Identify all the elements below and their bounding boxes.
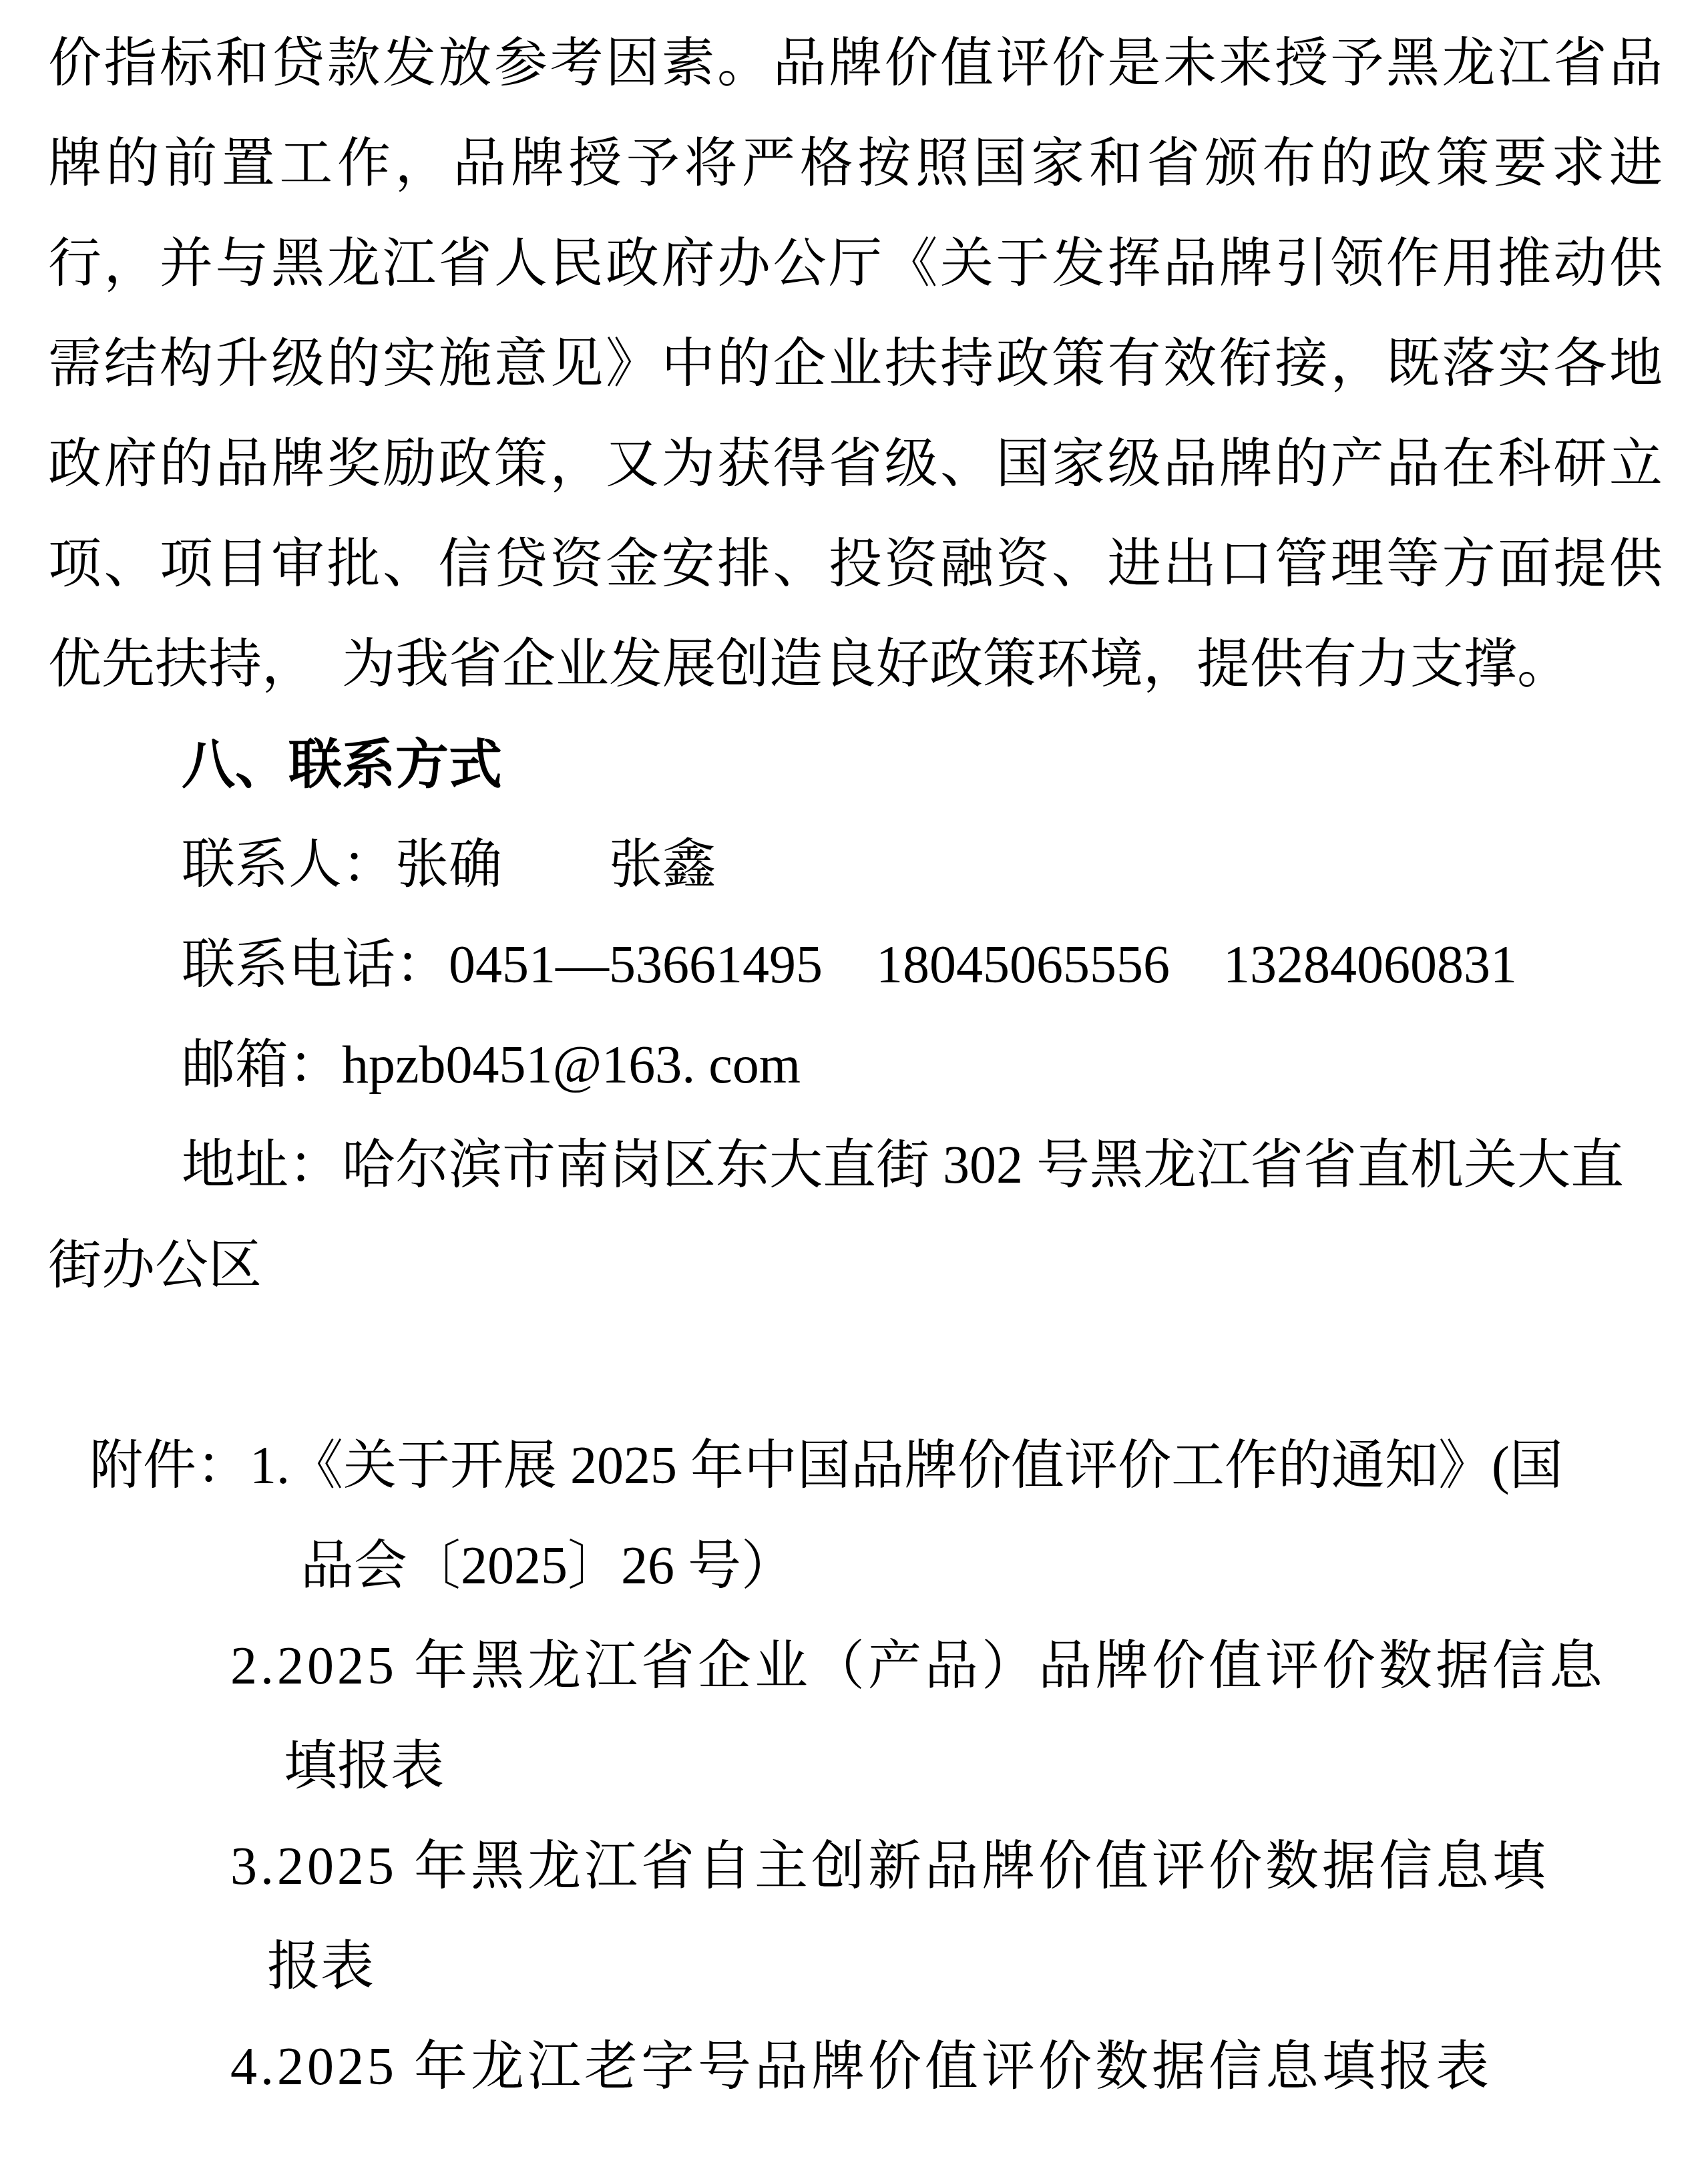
attachment-line-2-cont: 填报表 — [284, 1716, 1663, 1816]
section-heading-contact: 八、联系方式 — [182, 715, 1663, 815]
attachment-line-4: 4.2025 年龙江老字号品牌价值评价数据信息填报表 — [230, 2017, 1663, 2117]
contact-email-line: 邮箱：hpzb0451@163. com — [182, 1015, 1663, 1115]
contact-address-line-1: 地址：哈尔滨市南岗区东大直街 302 号黑龙江省省直机关大直 — [182, 1115, 1663, 1215]
paragraph-line-5: 政府的品牌奖励政策，又为获得省级、国家级品牌的产品在科研立 — [48, 414, 1663, 514]
document-page: 价指标和贷款发放参考因素。品牌价值评价是未来授予黑龙江省品 牌的前置工作，品牌授… — [0, 0, 1708, 2159]
attachment-line-3: 3.2025 年黑龙江省自主创新品牌价值评价数据信息填 — [230, 1816, 1663, 1917]
contact-phone-line: 联系电话：0451—53661495 18045065556 132840608… — [182, 915, 1663, 1015]
paragraph-line-1: 价指标和贷款发放参考因素。品牌价值评价是未来授予黑龙江省品 — [48, 13, 1663, 114]
paragraph-line-7: 优先扶持， 为我省企业发展创造良好政策环境，提供有力支撑。 — [48, 614, 1663, 715]
attachment-line-3-cont: 报表 — [267, 1917, 1663, 2017]
paragraph-line-6: 项、项目审批、信贷资金安排、投资融资、进出口管理等方面提供 — [48, 514, 1663, 614]
contact-person-line: 联系人：张确 张鑫 — [182, 815, 1663, 915]
paragraph-line-4: 需结构升级的实施意见》中的企业扶持政策有效衔接，既落实各地 — [48, 314, 1663, 414]
blank-line — [48, 1316, 1663, 1416]
attachment-line-1: 附件：1.《关于开展 2025 年中国品牌价值评价工作的通知》(国 — [89, 1416, 1663, 1516]
paragraph-line-3: 行，并与黑龙江省人民政府办公厅《关于发挥品牌引领作用推动供 — [48, 214, 1663, 314]
attachment-line-1-cont: 品会〔2025〕26 号） — [300, 1516, 1663, 1616]
paragraph-line-2: 牌的前置工作，品牌授予将严格按照国家和省颁布的政策要求进 — [48, 114, 1663, 214]
contact-address-line-2: 街办公区 — [48, 1215, 1663, 1316]
attachment-line-2: 2.2025 年黑龙江省企业（产品）品牌价值评价数据信息 — [230, 1616, 1663, 1716]
